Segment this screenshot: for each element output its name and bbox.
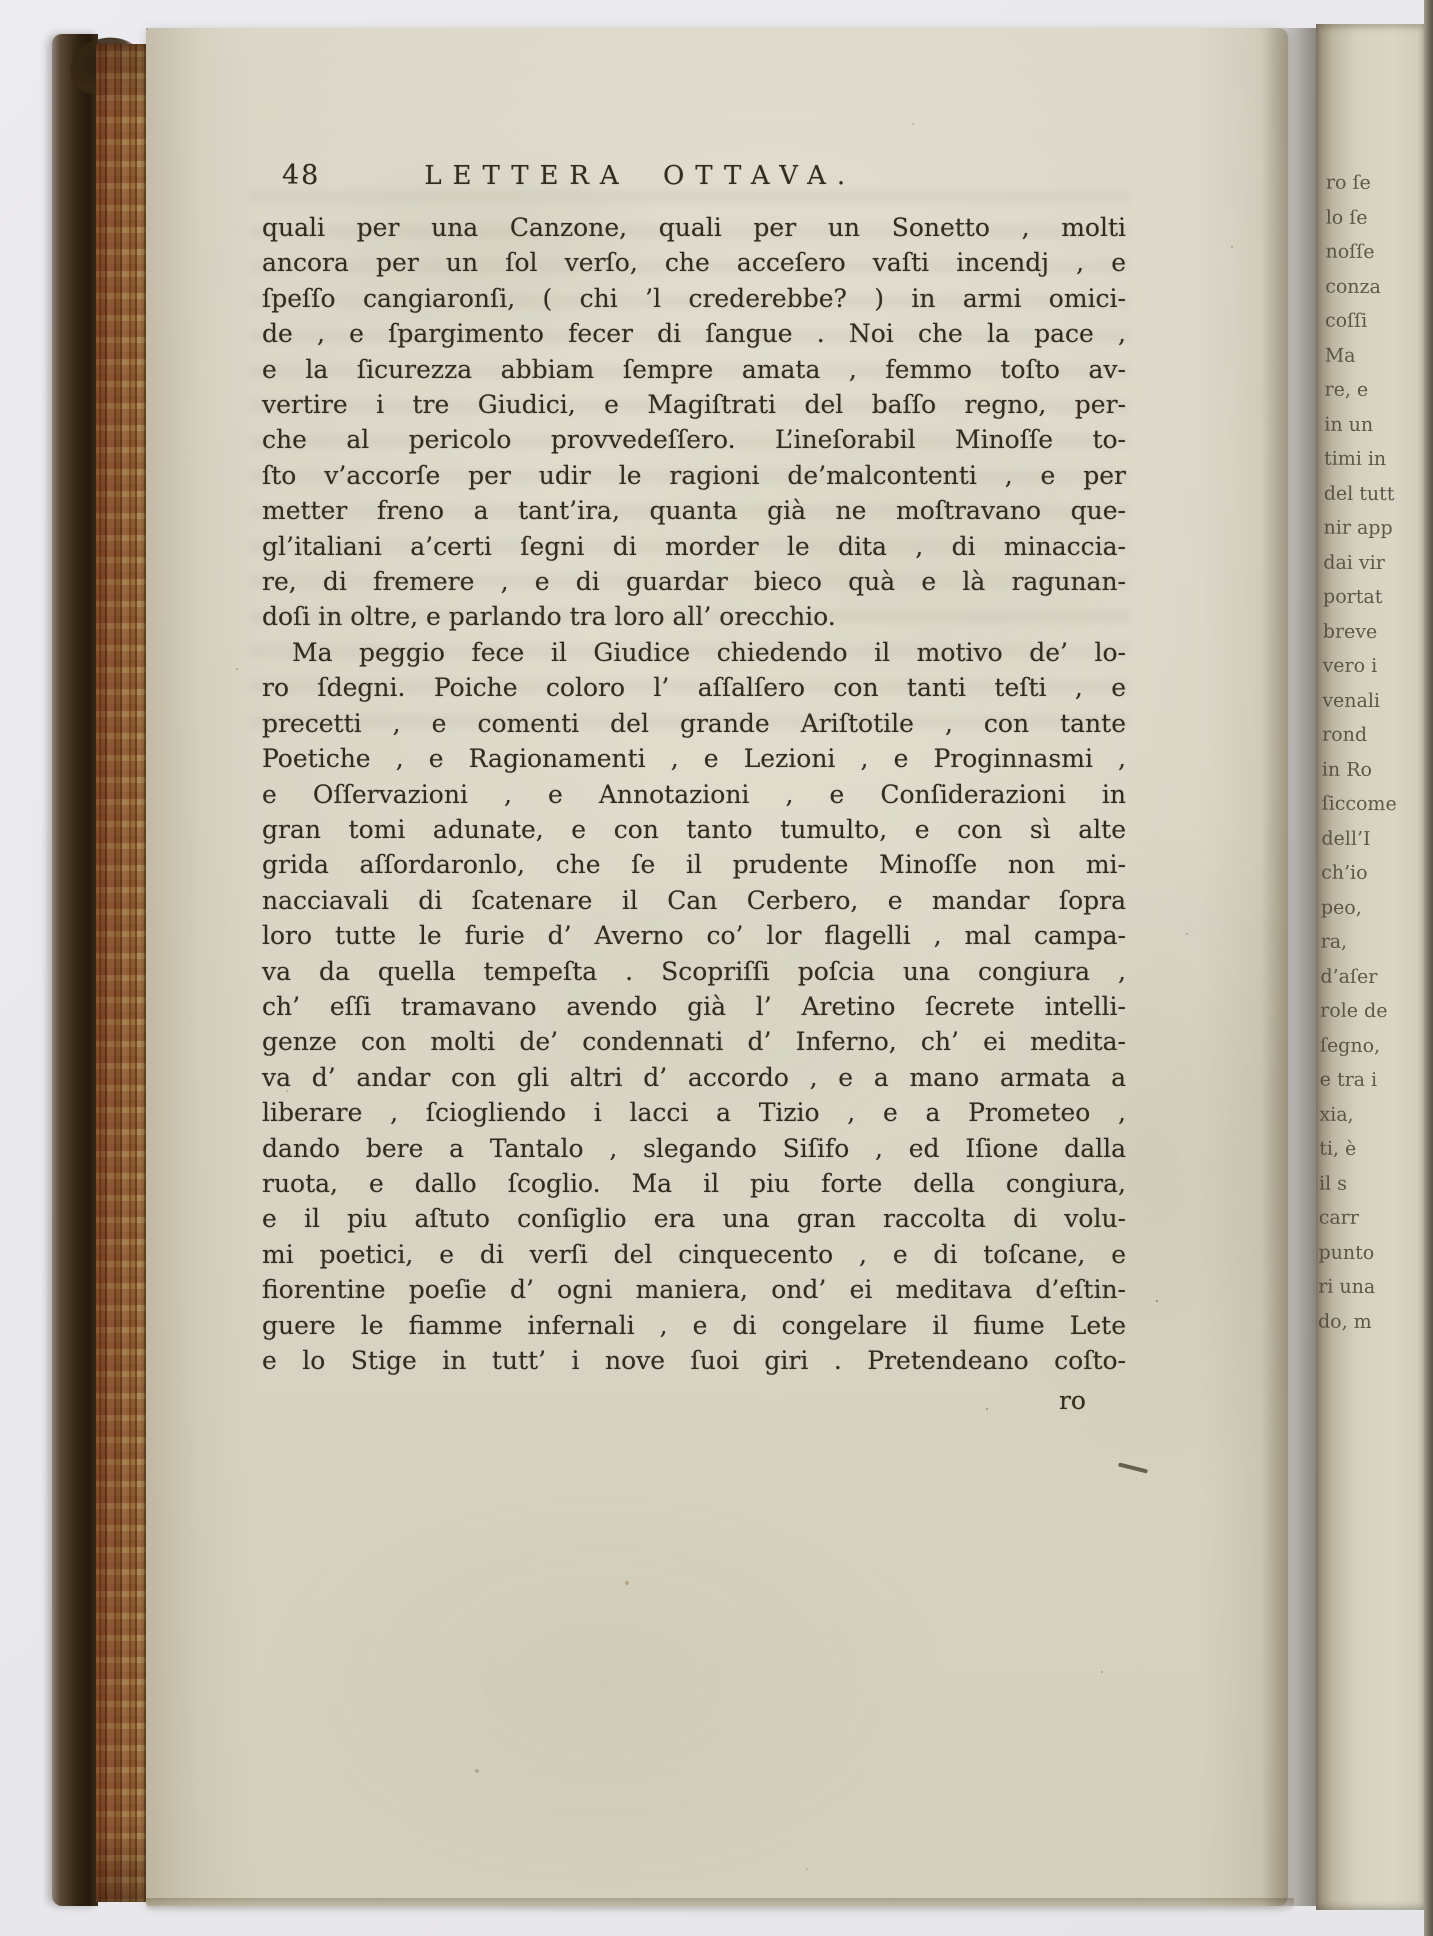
text-line: fiorentine poeſie d’ ogni maniera, ond’ … <box>262 1272 1126 1307</box>
facing-page-sliver: ro ſelo ſenoſſeconzacoſſiMare, ein untim… <box>1316 24 1424 1910</box>
text-line: ancora per un ſol verſo, che acceſero va… <box>262 245 1126 280</box>
facing-text-fragment: re, e <box>1324 373 1420 408</box>
text-line: genze con molti de’ condennati d’ Infern… <box>262 1024 1126 1059</box>
text-line: vertire i tre Giudici, e Magiſtrati del … <box>262 387 1126 422</box>
facing-text-fragment: punto <box>1318 1235 1414 1270</box>
body-text: quali per una Canzone, quali per un Sone… <box>262 210 1126 1378</box>
text-line: guere le fiamme infernali , e di congela… <box>262 1308 1126 1343</box>
facing-text-fragment: noſſe <box>1325 235 1421 270</box>
facing-text-fragment: del tutt <box>1324 476 1420 511</box>
facing-text-fragment: nir app <box>1323 511 1419 546</box>
facing-text-fragment: venali <box>1322 683 1418 718</box>
text-line: ſpeſſo cangiaronſi, ( chi ’l crederebbe?… <box>262 281 1126 316</box>
text-line: re, di fremere , e di guardar bieco quà … <box>262 564 1126 599</box>
text-line: dando bere a Tantalo , slegando Siſifo ,… <box>262 1131 1126 1166</box>
chapter-title: LETTERA OTTAVA. <box>424 161 856 191</box>
facing-text-fragment: Ma <box>1325 338 1421 373</box>
facing-text-fragment: role de <box>1320 994 1416 1029</box>
text-line: e il piu aſtuto conſiglio era una gran r… <box>262 1201 1126 1236</box>
facing-text-fragment: dai vir <box>1323 545 1419 580</box>
facing-text-fragment: rond <box>1322 718 1418 753</box>
facing-text-fragment: ſiccome <box>1322 787 1418 822</box>
facing-text-fragment: ch’io <box>1321 856 1417 891</box>
text-line: Poetiche , e Ragionamenti , e Lezioni , … <box>262 741 1126 776</box>
text-line: e la ſicurezza abbiam ſempre amata , fem… <box>262 352 1126 387</box>
facing-page-text-fragments: ro ſelo ſenoſſeconzacoſſiMare, ein untim… <box>1318 166 1422 1340</box>
text-line: va d’ andar con gli altri d’ accordo , e… <box>262 1060 1126 1095</box>
text-line: grida aſſordaronlo, che ſe il prudente M… <box>262 847 1126 882</box>
facing-text-fragment: coſſi <box>1325 304 1421 339</box>
text-line: mi poetici, e di verſi del cinquecento ,… <box>262 1237 1126 1272</box>
text-line: gl’italiani a’certi ſegni di morder le d… <box>262 529 1126 564</box>
facing-text-fragment: in Ro <box>1322 752 1418 787</box>
running-head: 48 LETTERA OTTAVA. <box>262 160 1126 210</box>
facing-text-fragment: lo ſe <box>1326 200 1422 235</box>
text-line: liberare , ſciogliendo i lacci a Tizio ,… <box>262 1095 1126 1130</box>
facing-text-fragment: ti, è <box>1319 1132 1415 1167</box>
text-line: de , e ſpargimento fecer di ſangue . Noi… <box>262 316 1126 351</box>
facing-text-fragment: e tra i <box>1320 1063 1416 1098</box>
text-line: precetti , e comenti del grande Ariſtoti… <box>262 706 1126 741</box>
facing-text-fragment: d’aſer <box>1320 959 1416 994</box>
text-line: loro tutte le furie d’ Averno co’ lor fl… <box>262 918 1126 953</box>
book-scan-photo: 48 LETTERA OTTAVA. quali per una Canzone… <box>0 0 1433 1936</box>
facing-text-fragment: ra, <box>1321 925 1417 960</box>
text-line: gran tomi adunate, e con tanto tumulto, … <box>262 812 1126 847</box>
printed-text-block: 48 LETTERA OTTAVA. quali per una Canzone… <box>262 160 1126 1415</box>
facing-text-fragment: xia, <box>1319 1097 1415 1132</box>
facing-text-fragment: conza <box>1325 269 1421 304</box>
text-line: e lo Stige in tutt’ i nove ſuoi giri . P… <box>262 1343 1126 1378</box>
facing-text-fragment: ro ſe <box>1326 166 1422 201</box>
text-line: e Oſſervazioni , e Annotazioni , e Conſi… <box>262 777 1126 812</box>
facing-text-fragment: il s <box>1319 1166 1415 1201</box>
catchword: ro <box>262 1386 1126 1415</box>
facing-text-fragment: carr <box>1319 1201 1415 1236</box>
book-right-edge <box>1424 0 1433 1936</box>
text-line: che al pericolo provvedeſſero. L’ineſora… <box>262 422 1126 457</box>
facing-text-fragment: breve <box>1323 614 1419 649</box>
gutter-shadow <box>1262 28 1318 1906</box>
foxing-specks <box>146 28 148 30</box>
text-line: ro ſdegni. Poiche coloro l’ aſſalſero co… <box>262 670 1126 705</box>
text-line: Ma peggio fece il Giudice chiedendo il m… <box>262 635 1126 670</box>
page-bottom-shadow <box>146 1898 1294 1912</box>
text-line: ſto v’accorſe per udir le ragioni de’mal… <box>262 458 1126 493</box>
facing-text-fragment: vero i <box>1322 649 1418 684</box>
text-line: quali per una Canzone, quali per un Sone… <box>262 210 1126 245</box>
facing-text-fragment: ri una <box>1318 1270 1414 1305</box>
text-line: doſi in oltre, e parlando tra loro all’ … <box>262 599 1126 634</box>
facing-text-fragment: dell’I <box>1321 821 1417 856</box>
book-spine <box>52 34 98 1906</box>
text-line: nacciavali di ſcatenare il Can Cerbero, … <box>262 883 1126 918</box>
page-number: 48 <box>282 160 320 191</box>
facing-text-fragment: portat <box>1323 580 1419 615</box>
facing-text-fragment: do, m <box>1318 1304 1414 1339</box>
facing-text-fragment: ſegno, <box>1320 1028 1416 1063</box>
facing-text-fragment: timi in <box>1324 442 1420 477</box>
facing-text-fragment: peo, <box>1321 890 1417 925</box>
left-page-edge-stack <box>96 44 148 1902</box>
text-line: ruota, e dallo ſcoglio. Ma il piu forte … <box>262 1166 1126 1201</box>
text-line: ch’ eſſi tramavano avendo già l’ Aretino… <box>262 989 1126 1024</box>
text-line: va da quella tempeſta . Scopriſſi poſcia… <box>262 954 1126 989</box>
facing-text-fragment: in un <box>1324 407 1420 442</box>
text-line: metter freno a tant’ira, quanta già ne m… <box>262 493 1126 528</box>
